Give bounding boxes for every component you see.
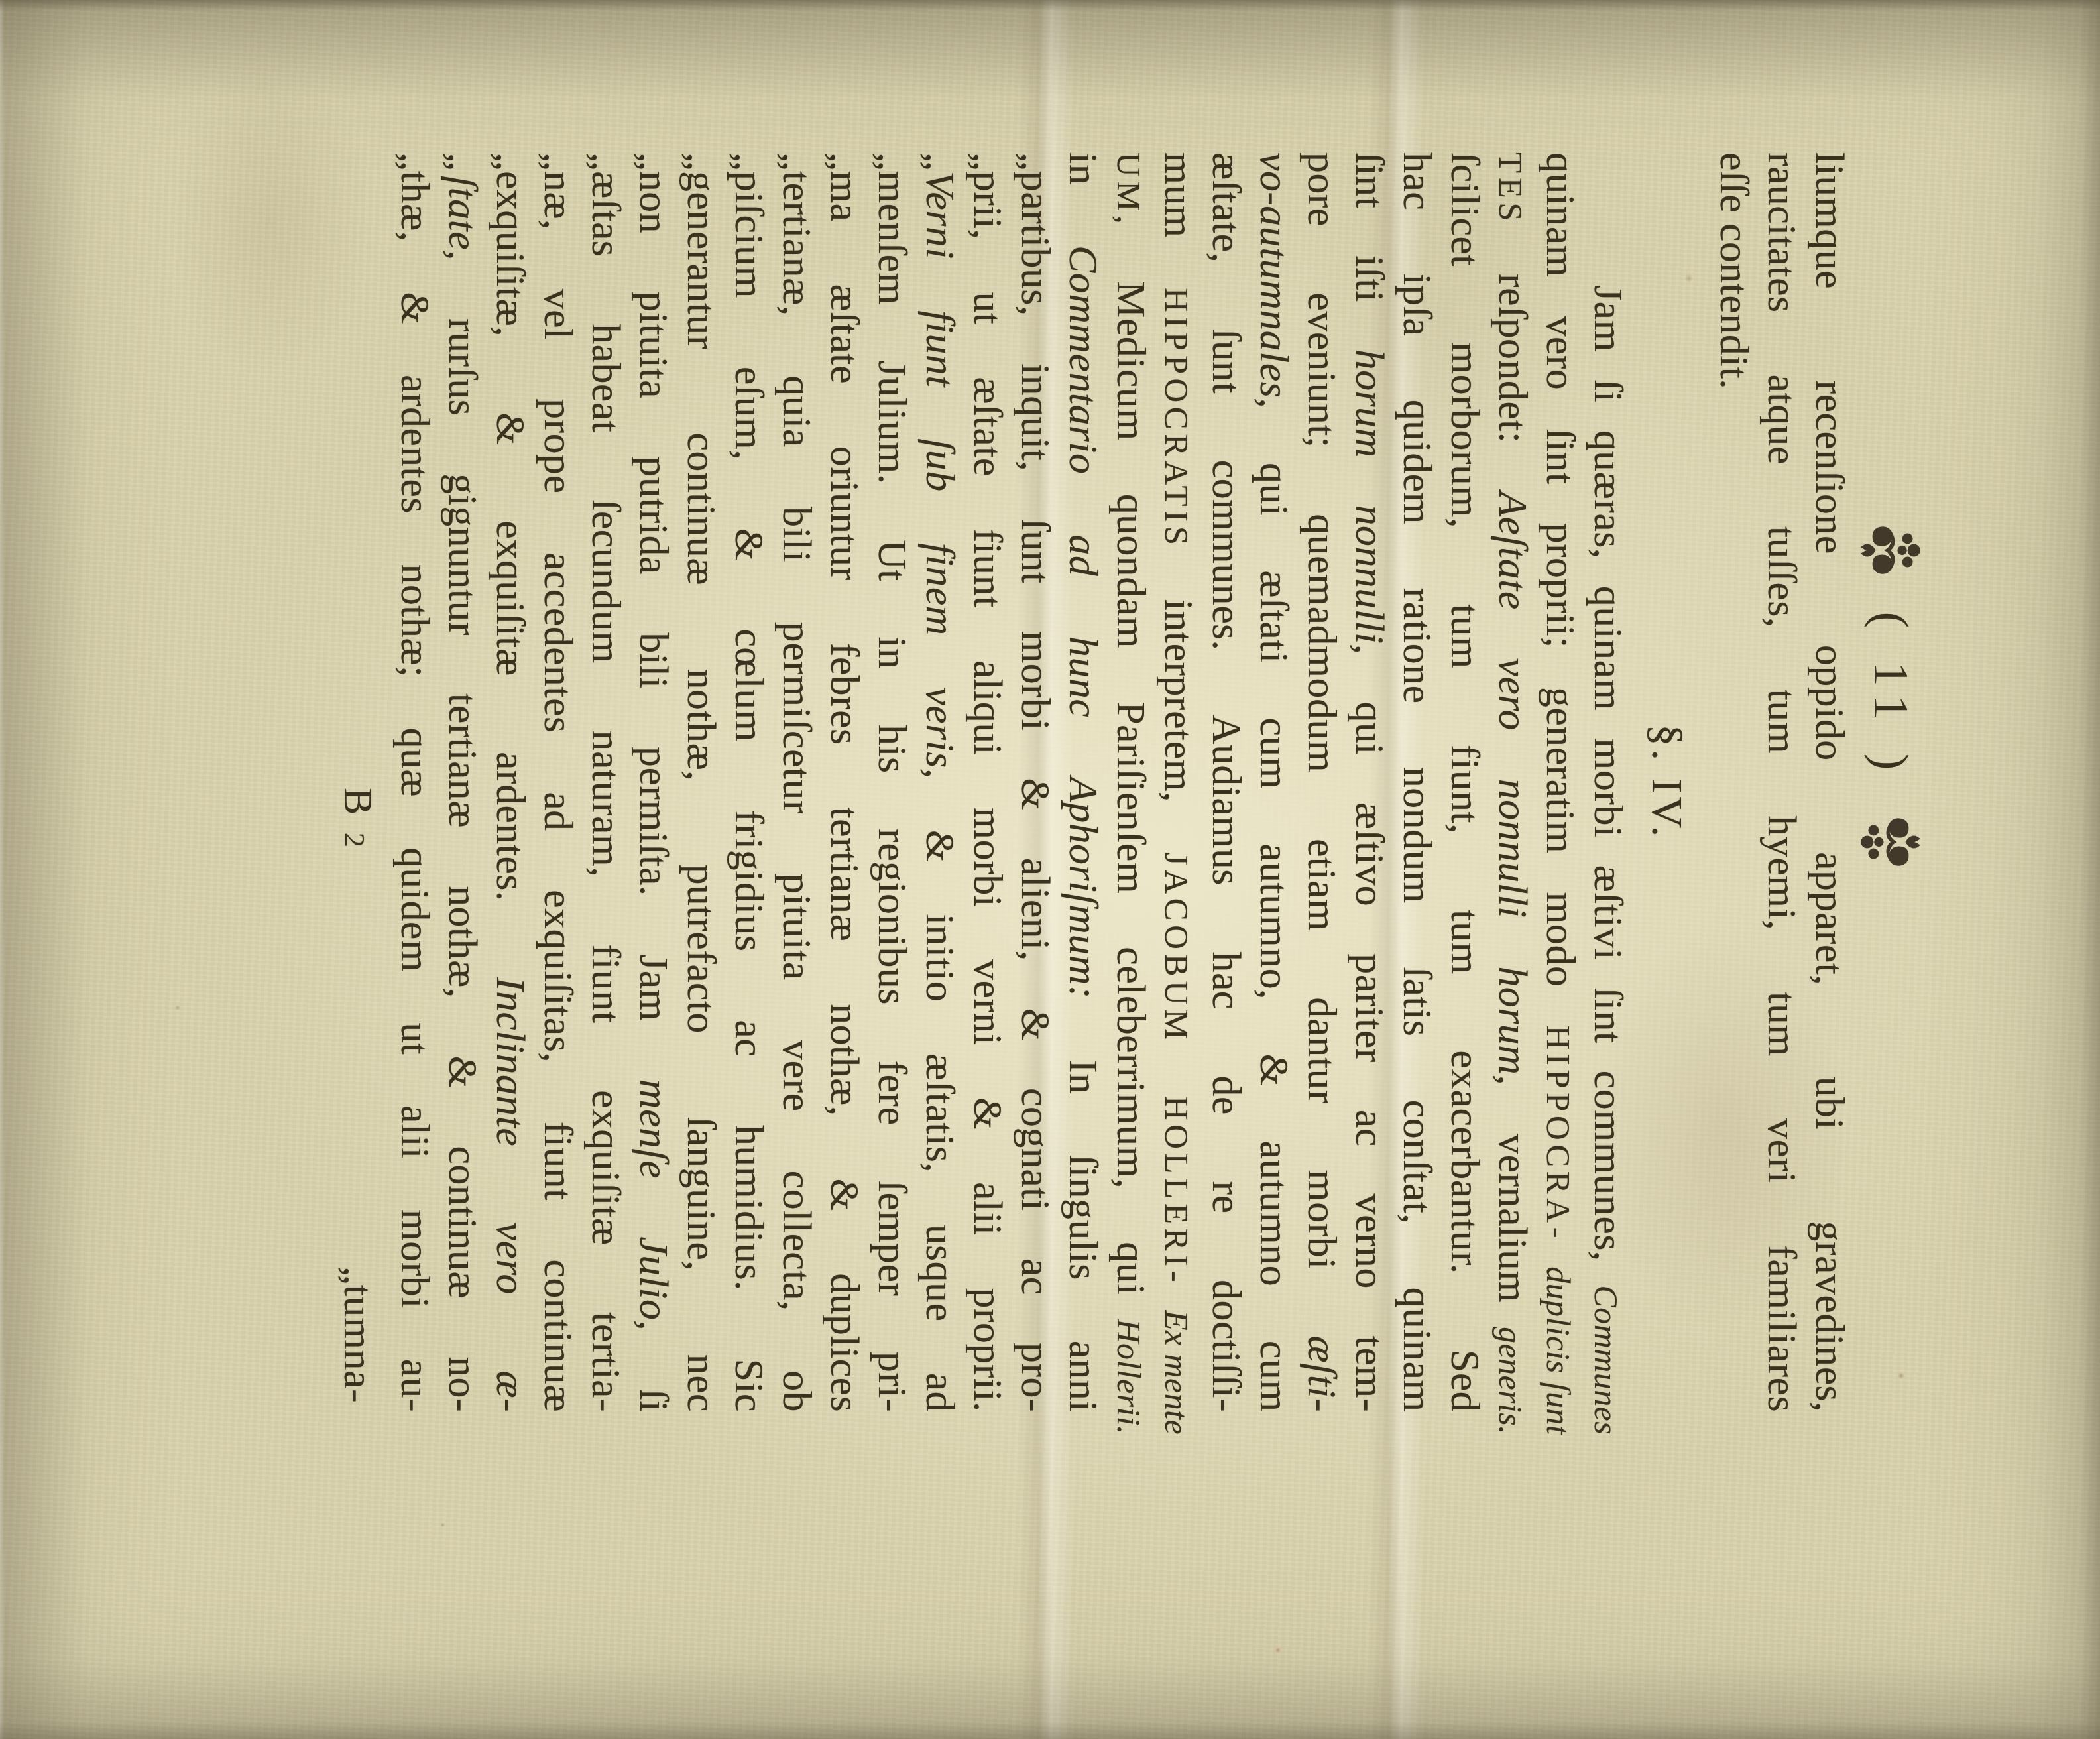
- line-text: hac ipſa quidem ratione nondum ſatis con…: [1393, 152, 1441, 1412]
- line-segment: qui æſtati cum autumno, & autumno cum: [1252, 408, 1297, 1412]
- line-segment: „prii, ut æſtate fiunt aliqui morbi vern…: [965, 152, 1010, 1412]
- line-segment: pore eveniunt; quemadmodum etiam dantur …: [1299, 152, 1344, 1335]
- line-text: pore eveniunt; quemadmodum etiam dantur …: [1298, 152, 1346, 1412]
- line-segment: ſcilicet morborum, tum fiunt, tum exacer…: [1442, 152, 1487, 1412]
- line-segment: Jam ſi quæras, quinam morbi æſtivi ſint …: [1586, 285, 1631, 1262]
- line-segment: Inclinante vero æ-: [488, 977, 533, 1412]
- line-segment: menſe Julio,: [631, 1079, 676, 1331]
- line-segment: „: [917, 152, 962, 171]
- line-segment: in: [1061, 152, 1106, 245]
- line-segment: „ſtate,: [440, 152, 485, 261]
- line-segment: reſpondet:: [1490, 225, 1535, 491]
- line-segment: qui æſtivo pariter ac verno tem-: [1347, 654, 1392, 1412]
- text-line: „thæ, & ardentes nothæ; quæ quidem ut al…: [391, 152, 439, 1412]
- text-line: „partibus, inquit, ſunt morbi & alieni, …: [1012, 152, 1059, 1412]
- line-text: „non pituita putrida bili permiſta. Jam …: [630, 152, 677, 1412]
- line-segment: „generantur continuæ nothæ, putrefacto ſ…: [679, 152, 724, 1412]
- line-text: raucitates atque tuſſes, tum hyemi, tum …: [1758, 152, 1806, 1412]
- line-text: Jam ſi quæras, quinam morbi æſtivi ſint …: [1584, 152, 1632, 1262]
- line-segment: horum nonnulli,: [1347, 349, 1392, 655]
- line-segment: Medicum quondam Pariſienſem celeberrimum…: [1108, 228, 1153, 1295]
- line-text: „exquiſitæ, & exquiſitæ ardentes. Inclin…: [487, 152, 534, 1412]
- text-block: liumque recenſione oppido apparet, ubi g…: [334, 152, 1853, 1412]
- line-text: in Commentario ad hunc Aphoriſmum: In ſi…: [1059, 152, 1107, 1412]
- line-segment: „ma æſtate oriuntur febres tertianæ noth…: [822, 152, 867, 1412]
- line-segment: ſi: [631, 1331, 676, 1412]
- margin-note: generis.: [1487, 1303, 1535, 1435]
- page-number: ( 11 ): [1863, 611, 1919, 780]
- line-text: „menſem Julium. Ut in his regionibus fer…: [868, 152, 916, 1412]
- line-segment: „æſtas habeat ſecundum naturam, fiunt ex…: [583, 152, 628, 1412]
- line-segment: interpretem,: [1156, 550, 1201, 853]
- scanned-book-photo: ( 11 ) liumque recenſione oppido apparet…: [0, 0, 2100, 1739]
- line-text: „ſtate, rurſus gignuntur tertianæ nothæ,…: [439, 152, 487, 1412]
- text-line: „ſtate, rurſus gignuntur tertianæ nothæ,…: [439, 152, 487, 1412]
- line-text: „æſtas habeat ſecundum naturam, fiunt ex…: [582, 152, 630, 1412]
- printer-flower-icon: [1856, 518, 1925, 582]
- margin-note: Communes: [1582, 1262, 1630, 1435]
- line-segment: vo-autumnales,: [1252, 152, 1297, 408]
- line-text: TES reſpondet: Aeſtate vero nonnulli hor…: [1487, 152, 1537, 1303]
- text-line: „Verni fiunt ſub finem veris, & initio æ…: [916, 152, 964, 1412]
- line-segment: Commentario ad hunc Aphoriſmum:: [1061, 245, 1106, 999]
- text-line: „non pituita putrida bili permiſta. Jam …: [630, 152, 677, 1412]
- line-segment: HIPPOCRATIS: [1158, 288, 1195, 550]
- text-line: UM, Medicum quondam Pariſienſem celeberr…: [1107, 152, 1155, 1412]
- text-line: hac ipſa quidem ratione nondum ſatis con…: [1393, 152, 1441, 1412]
- line-text: liumque recenſione oppido apparet, ubi g…: [1806, 152, 1853, 1412]
- text-line: Jam ſi quæras, quinam morbi æſtivi ſint …: [1584, 152, 1632, 1412]
- line-segment: æſti-: [1299, 1335, 1344, 1412]
- line-segment: „non pituita putrida bili permiſta. Jam: [631, 152, 676, 1079]
- line-segment: In ſingulis anni: [1061, 999, 1106, 1412]
- line-segment: eſſe contendit.: [1712, 152, 1757, 389]
- line-segment: „næ, vel prope accedentes ad exquiſitas,…: [536, 152, 581, 1412]
- text-line: raucitates atque tuſſes, tum hyemi, tum …: [1758, 152, 1806, 1412]
- section-heading: §. IV.: [1643, 152, 1690, 1412]
- line-text: æſtate, ſunt communes. Audiamus hac de r…: [1202, 152, 1250, 1412]
- line-text: ſcilicet morborum, tum fiunt, tum exacer…: [1441, 152, 1489, 1412]
- line-text: „prii, ut æſtate fiunt aliqui morbi vern…: [964, 152, 1012, 1412]
- line-segment: Aeſtate vero nonnulli horum,: [1490, 491, 1535, 1085]
- scanned-page: ( 11 ) liumque recenſione oppido apparet…: [0, 0, 2100, 1739]
- text-line: mum HIPPOCRATIS interpretem, JACOBUM HOL…: [1155, 152, 1202, 1412]
- line-segment: „thæ, & ardentes nothæ; quæ quidem ut al…: [392, 152, 437, 1412]
- text-line: „exquiſitæ, & exquiſitæ ardentes. Inclin…: [487, 152, 534, 1412]
- text-line: pore eveniunt; quemadmodum etiam dantur …: [1298, 152, 1346, 1412]
- text-line: æſtate, ſunt communes. Audiamus hac de r…: [1202, 152, 1250, 1412]
- gathering-signature-number: 2: [338, 833, 371, 848]
- line-segment: Verni fiunt ſub finem veris,: [917, 171, 962, 779]
- signature-row: B2„tumna-: [334, 152, 382, 1412]
- line-text: „partibus, inquit, ſunt morbi & alieni, …: [1012, 152, 1059, 1412]
- text-line: „menſem Julium. Ut in his regionibus fer…: [868, 152, 916, 1412]
- line-text: mum HIPPOCRATIS interpretem, JACOBUM HOL…: [1153, 152, 1202, 1286]
- margin-note: duplicis ſunt: [1535, 1242, 1582, 1435]
- margin-note: Ex mente: [1153, 1286, 1200, 1435]
- line-segment: rurſus gignuntur tertianæ nothæ, & conti…: [440, 261, 485, 1412]
- text-line: „næ, vel prope accedentes ad exquiſitas,…: [534, 152, 582, 1412]
- line-segment: mum: [1156, 152, 1201, 288]
- text-line: „æſtas habeat ſecundum naturam, fiunt ex…: [582, 152, 630, 1412]
- text-line: TES reſpondet: Aeſtate vero nonnulli hor…: [1489, 152, 1537, 1412]
- line-segment: TES: [1492, 152, 1529, 225]
- gathering-signature: B2: [331, 788, 382, 847]
- line-text: „ma æſtate oriuntur febres tertianæ noth…: [821, 152, 868, 1412]
- line-segment: quinam vero ſint proprii; generatim modo: [1538, 152, 1583, 1025]
- line-segment: „exquiſitæ, & exquiſitæ ardentes.: [488, 152, 533, 977]
- printer-flower-icon: [1856, 810, 1925, 874]
- text-line: „generantur continuæ nothæ, putrefacto ſ…: [677, 152, 725, 1412]
- text-line: „piſcium eſum, & cœlum frigidius ac humi…: [725, 152, 773, 1412]
- line-text: vo-autumnales, qui æſtati cum autumno, &…: [1250, 152, 1298, 1412]
- text-line: in Commentario ad hunc Aphoriſmum: In ſi…: [1059, 152, 1107, 1412]
- text-line: „tertianæ, quia bili permiſcetur pituita…: [773, 152, 821, 1412]
- line-segment: æſtate, ſunt communes. Audiamus hac de r…: [1204, 152, 1249, 1412]
- text-line: ſcilicet morborum, tum fiunt, tum exacer…: [1441, 152, 1489, 1412]
- line-segment: HIPPOCRA-: [1540, 1025, 1577, 1242]
- line-text: eſſe contendit.: [1710, 152, 1758, 1412]
- line-segment: liumque recenſione oppido apparet, ubi g…: [1807, 152, 1852, 1412]
- line-text: ſint iſti horum nonnulli, qui æſtivo par…: [1346, 152, 1393, 1412]
- line-segment: & initio æſtatis, usque ad: [917, 779, 962, 1412]
- line-text: „generantur continuæ nothæ, putrefacto ſ…: [677, 152, 725, 1412]
- text-line: vo-autumnales, qui æſtati cum autumno, &…: [1250, 152, 1298, 1412]
- line-text: „piſcium eſum, & cœlum frigidius ac humi…: [725, 152, 773, 1412]
- line-text: „thæ, & ardentes nothæ; quæ quidem ut al…: [391, 152, 439, 1412]
- text-line: „ma æſtate oriuntur febres tertianæ noth…: [821, 152, 868, 1412]
- line-text: „næ, vel prope accedentes ad exquiſitas,…: [534, 152, 582, 1412]
- line-segment: „partibus, inquit, ſunt morbi & alieni, …: [1013, 152, 1058, 1412]
- text-line: liumque recenſione oppido apparet, ubi g…: [1806, 152, 1853, 1412]
- line-segment: hac ipſa quidem ratione nondum ſatis con…: [1395, 152, 1440, 1412]
- line-segment: ſint iſti: [1347, 152, 1392, 349]
- line-segment: „menſem Julium. Ut in his regionibus fer…: [870, 152, 915, 1412]
- line-segment: JACOBUM HOLLERI-: [1158, 852, 1195, 1286]
- text-line: ſint iſti horum nonnulli, qui æſtivo par…: [1346, 152, 1393, 1412]
- line-text: „Verni fiunt ſub finem veris, & initio æ…: [916, 152, 964, 1412]
- line-segment: raucitates atque tuſſes, tum hyemi, tum …: [1759, 152, 1804, 1412]
- margin-note: Hollerii.: [1105, 1295, 1153, 1435]
- text-line: eſſe contendit.: [1710, 152, 1758, 1412]
- line-segment: „piſcium eſum, & cœlum frigidius ac humi…: [727, 152, 772, 1412]
- text-line: „prii, ut æſtate fiunt aliqui morbi vern…: [964, 152, 1012, 1412]
- line-text: UM, Medicum quondam Pariſienſem celeberr…: [1105, 152, 1155, 1295]
- catchword: „tumna-: [334, 1266, 382, 1403]
- line-segment: vernalium: [1490, 1085, 1535, 1303]
- line-segment: „tertianæ, quia bili permiſcetur pituita…: [774, 152, 819, 1412]
- page-header: ( 11 ): [1852, 464, 1929, 928]
- line-text: quinam vero ſint proprii; generatim modo…: [1535, 152, 1584, 1242]
- text-line: quinam vero ſint proprii; generatim modo…: [1537, 152, 1584, 1412]
- line-segment: UM,: [1110, 152, 1147, 228]
- line-text: „tertianæ, quia bili permiſcetur pituita…: [773, 152, 821, 1412]
